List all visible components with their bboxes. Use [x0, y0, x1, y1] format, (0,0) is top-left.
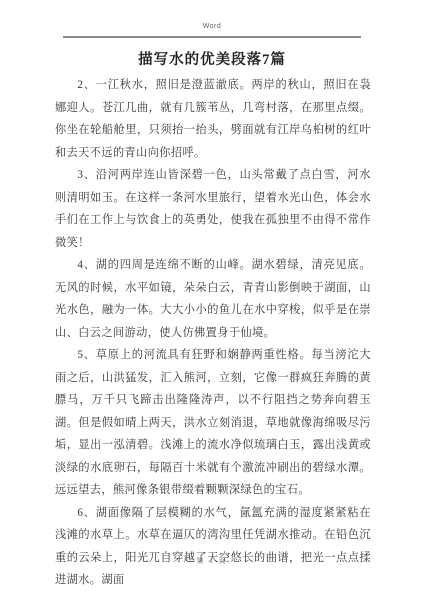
document-body: 2、一江秋水，照旧是澄蓝澈底。两岸的秋山，照旧在袅娜迎人。苍江几曲，就有几簇苇丛…: [55, 74, 371, 592]
paragraph: 5、草原上的河流具有狂野和娴静两重性格。每当滂沱大雨之后，山洪猛发，汇入熊河，立…: [55, 344, 371, 502]
paragraph: 6、湖面像隔了层模糊的水气，氤氲充满的湿度紧紧粘在浅滩的水草上。水草在逼仄的湾沟…: [55, 502, 371, 592]
page-number: 第 1 页: [197, 557, 228, 565]
page-footer: 第 1 页: [0, 556, 424, 566]
page-title: 描写水的优美段落7篇: [0, 48, 424, 69]
header-app-label: Word: [63, 22, 361, 32]
document-page: Word 描写水的优美段落7篇 2、一江秋水，照旧是澄蓝澈底。两岸的秋山，照旧在…: [0, 0, 424, 600]
header-rule: [63, 36, 361, 38]
paragraph: 3、沿河两岸连山皆深碧一色，山头常戴了点白雪，河水则清明如玉。在这样一条河水里旅…: [55, 164, 371, 254]
document-header: Word: [63, 22, 361, 38]
paragraph: 2、一江秋水，照旧是澄蓝澈底。两岸的秋山，照旧在袅娜迎人。苍江几曲，就有几簇苇丛…: [55, 74, 371, 164]
paragraph: 4、湖的四周是连绵不断的山峰。湖水碧绿，清亮见底。无风的时候，水平如镜，朵朵白云…: [55, 254, 371, 344]
